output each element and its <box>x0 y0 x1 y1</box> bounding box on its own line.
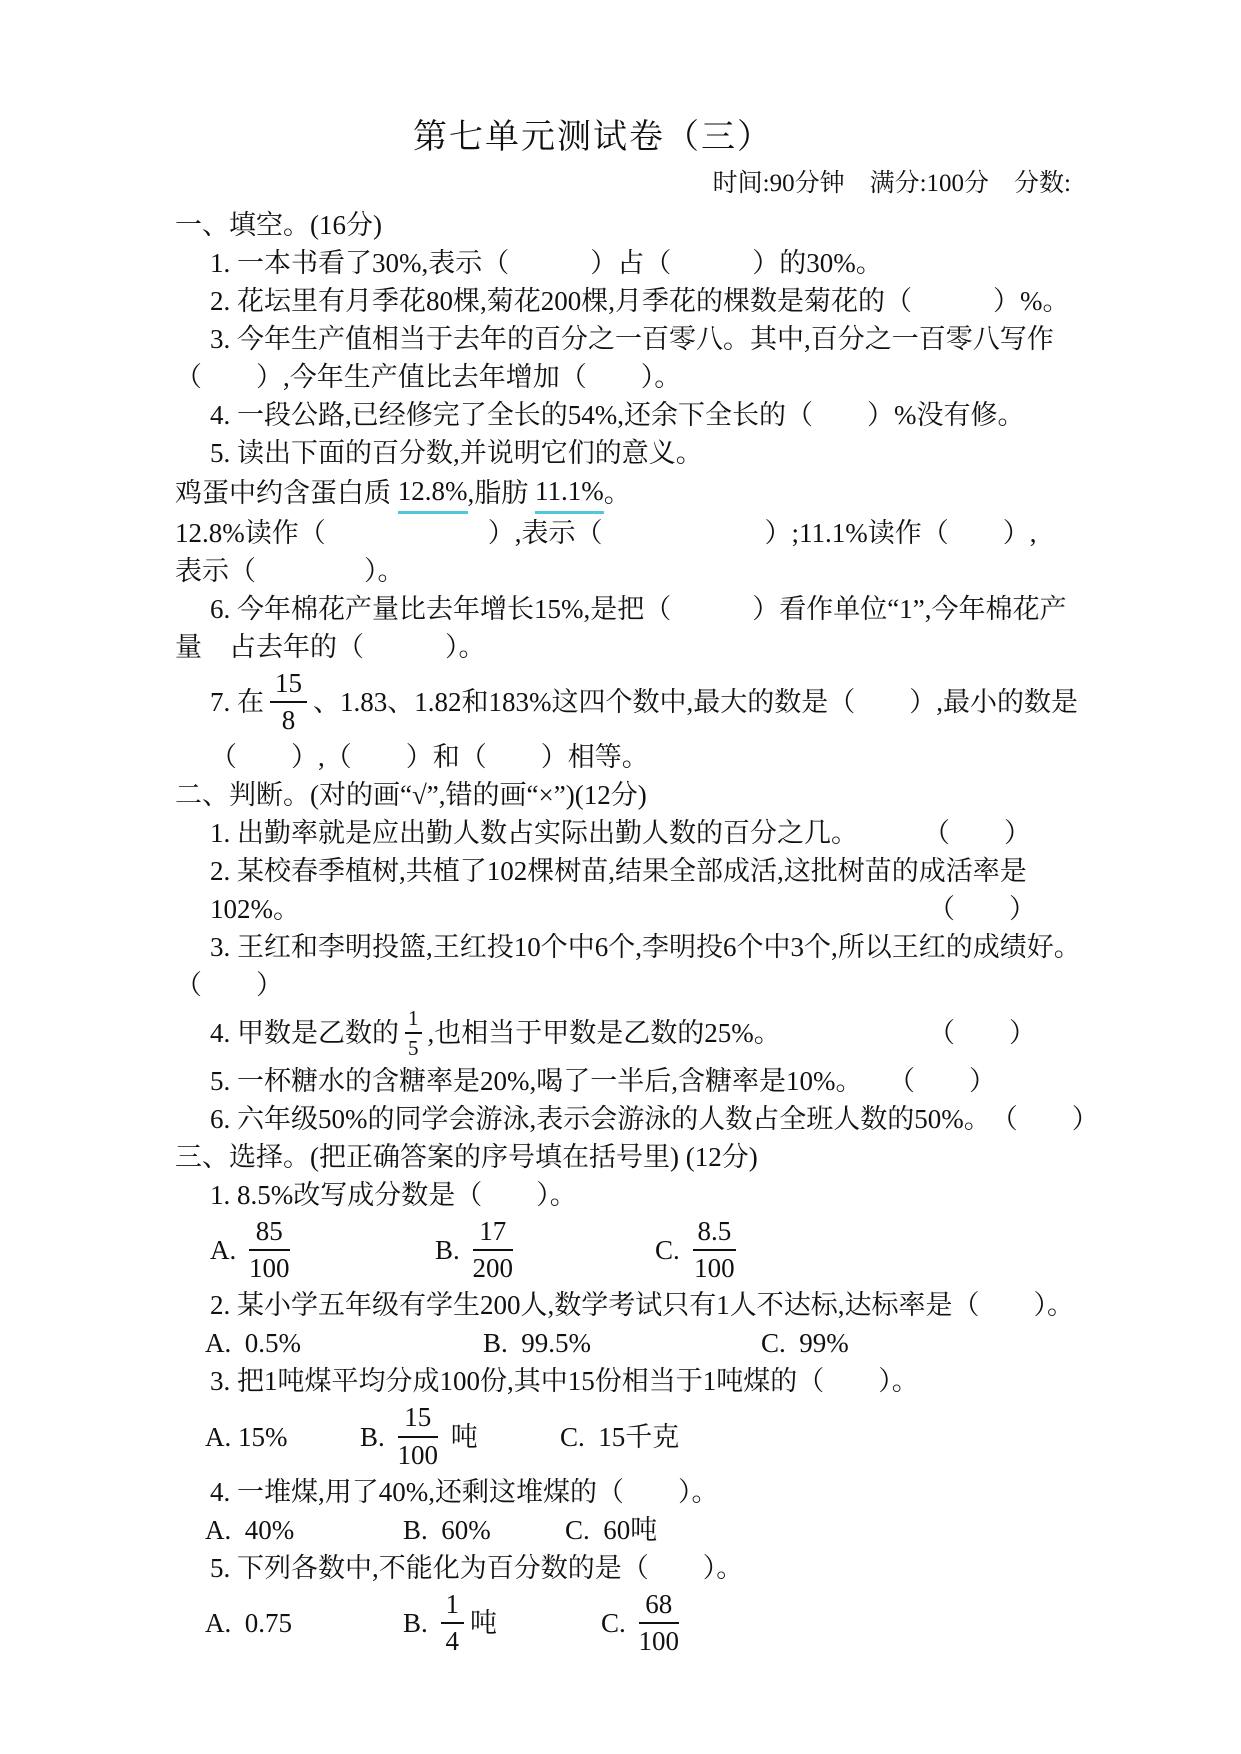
option-a: A. 15% <box>205 1418 360 1456</box>
question-text: 2. 某小学五年级有学生200人,数学考试只有1人不达标,达标率是（ ）。 <box>210 1286 1074 1324</box>
judge-q6: 6. 六年级50%的同学会游泳,表示会游泳的人数占全班人数的50%。（ ） <box>210 1100 1071 1138</box>
section-heading-text: 三、选择。(把正确答案的序号填在括号里) (12分) <box>175 1138 758 1176</box>
question-text: 2. 花坛里有月季花80棵,菊花200棵,月季花的棵数是菊花的（ ）%。 <box>210 282 1070 320</box>
choice-q1-options: A. 85100 B. 17200 C. 8.5100 <box>175 1214 1071 1286</box>
fill-q5-line2: 鸡蛋中约含蛋白质 12.8%,脂肪 11.1%。 <box>175 472 1071 514</box>
option-a: A. 0.75 <box>205 1604 403 1642</box>
question-text: 6. 六年级50%的同学会游泳,表示会游泳的人数占全班人数的50%。 <box>210 1100 991 1138</box>
question-text: ,也相当于甲数是乙数的25%。 <box>428 1014 781 1052</box>
option-a: A. 0.5% <box>205 1324 483 1362</box>
section-choice: 三、选择。(把正确答案的序号填在括号里) (12分) 1. 8.5%改写成分数是… <box>175 1138 1071 1658</box>
fraction-1-4: 14 <box>441 1589 465 1657</box>
choice-q3-options: A. 15% B. 15100 吨 C. 15千克 <box>175 1400 1071 1472</box>
option-c: C. 68100 <box>601 1587 685 1659</box>
answer-paren: （ ） <box>175 966 283 1004</box>
option-text: A. 40% <box>205 1511 294 1549</box>
exam-meta-line: 时间:90分钟 满分:100分 分数: <box>175 166 1071 202</box>
fraction-15-100: 15100 <box>398 1402 439 1470</box>
question-text: 3. 今年生产值相当于去年的百分之一百零八。其中,百分之一百零八写作 <box>210 320 1054 358</box>
question-text: 2. 某校春季植树,共植了102棵树苗,结果全部成活,这批树苗的成活率是 <box>210 852 1027 890</box>
judge-q1: 1. 出勤率就是应出勤人数占实际出勤人数的百分之几。（ ） <box>210 814 1071 852</box>
option-text: C. 60吨 <box>565 1511 657 1549</box>
choice-q4-options: A. 40% B. 60% C. 60吨 <box>175 1511 1071 1549</box>
option-c: C. 15千克 <box>560 1418 679 1456</box>
question-text: 6. 今年棉花产量比去年增长15%,是把（ ）看作单位“1”,今年棉花产 <box>210 590 1066 628</box>
question-text: 4. 一堆煤,用了40%,还剩这堆煤的（ ）。 <box>210 1473 719 1511</box>
fraction-15-8: 158 <box>270 668 307 736</box>
option-b: B. 15100 吨 <box>360 1400 560 1472</box>
answer-paren: （ ） <box>923 814 1031 852</box>
section-heading-text: 二、判断。(对的画“√”,错的画“×”)(12分) <box>175 776 647 814</box>
choice-q5: 5. 下列各数中,不能化为百分数的是（ ）。 <box>210 1549 1071 1587</box>
option-text: C. 15千克 <box>560 1418 679 1456</box>
question-text: 102%。 <box>210 890 300 928</box>
question-text: 1. 一本书看了30%,表示（ ）占（ ）的30%。 <box>210 244 883 282</box>
question-text: 表示（ ）。 <box>175 552 405 590</box>
fill-q1: 1. 一本书看了30%,表示（ ）占（ ）的30%。 <box>210 244 1071 282</box>
fraction-numerator: 85 <box>249 1216 290 1251</box>
fraction-denominator: 100 <box>398 1438 439 1471</box>
fraction-numerator: 15 <box>270 668 307 703</box>
judge-q4: 4. 甲数是乙数的15,也相当于甲数是乙数的25%。（ ） <box>210 1004 1071 1062</box>
option-b: B. 99.5% <box>483 1324 761 1362</box>
test-paper: 第七单元测试卷（三） 时间:90分钟 满分:100分 分数: 一、填空。(16分… <box>175 112 1071 1659</box>
judge-q5: 5. 一杯糖水的含糖率是20%,喝了一半后,含糖率是10%。（ ） <box>210 1062 1071 1100</box>
fill-q5-line1: 5. 读出下面的百分数,并说明它们的意义。 <box>210 434 1071 472</box>
option-label: A. <box>210 1231 243 1269</box>
section-heading-text: 一、填空。(16分) <box>175 206 382 244</box>
fill-q3-line2: （ ）,今年生产值比去年增加（ ）。 <box>175 358 1071 396</box>
fraction-1-5: 15 <box>405 1006 422 1060</box>
option-b: B. 60% <box>403 1511 565 1549</box>
section-fill-heading: 一、填空。(16分) <box>175 206 1071 244</box>
question-text: 、1.83、1.82和183%这四个数中,最大的数是（ ）,最小的数是 <box>313 683 1078 721</box>
question-text: 1. 8.5%改写成分数是（ ）。 <box>210 1176 577 1214</box>
question-text: 。 <box>604 474 631 512</box>
judge-q3-line2: （ ） <box>175 966 1071 1004</box>
fill-q7-line2: （ ）,（ ）和（ ）相等。 <box>210 738 1071 776</box>
option-suffix: 吨 <box>444 1418 478 1456</box>
fraction-denominator: 8 <box>270 703 307 736</box>
choice-q5-options: A. 0.75 B. 14吨 C. 68100 <box>175 1587 1071 1659</box>
answer-paren: （ ） <box>991 1100 1099 1138</box>
fraction-denominator: 5 <box>405 1034 422 1060</box>
option-b: B. 14吨 <box>403 1587 601 1659</box>
question-text: 12.8%读作（ ）,表示（ ）;11.1%读作（ ）, <box>175 514 1036 552</box>
option-c: C. 99% <box>761 1324 849 1362</box>
option-a: A. 85100 <box>210 1214 435 1286</box>
fraction-85-100: 85100 <box>249 1216 290 1284</box>
choice-q2-options: A. 0.5% B. 99.5% C. 99% <box>175 1324 1071 1362</box>
choice-q4: 4. 一堆煤,用了40%,还剩这堆煤的（ ）。 <box>210 1473 1071 1511</box>
fraction-denominator: 100 <box>249 1251 290 1284</box>
fraction-68-100: 68100 <box>639 1589 680 1657</box>
question-text: （ ）,今年生产值比去年增加（ ）。 <box>175 358 681 396</box>
fill-q6-line1: 6. 今年棉花产量比去年增长15%,是把（ ）看作单位“1”,今年棉花产 <box>210 590 1071 628</box>
option-label: C. <box>655 1231 687 1269</box>
section-fill: 一、填空。(16分) 1. 一本书看了30%,表示（ ）占（ ）的30%。 2.… <box>175 206 1071 776</box>
option-text: B. 99.5% <box>483 1324 591 1362</box>
answer-paren: （ ） <box>888 1062 996 1100</box>
judge-q2-line2: 102%。（ ） <box>210 890 1071 928</box>
answer-paren: （ ） <box>928 1014 1036 1052</box>
fraction-numerator: 68 <box>639 1589 680 1624</box>
judge-q2-line1: 2. 某校春季植树,共植了102棵树苗,结果全部成活,这批树苗的成活率是 <box>210 852 1071 890</box>
question-text: 5. 下列各数中,不能化为百分数的是（ ）。 <box>210 1549 743 1587</box>
fraction-numerator: 15 <box>398 1402 439 1437</box>
option-a: A. 40% <box>205 1511 403 1549</box>
choice-q3: 3. 把1吨煤平均分成100份,其中15份相当于1吨煤的（ ）。 <box>210 1362 1071 1400</box>
question-text: （ ）,（ ）和（ ）相等。 <box>210 738 649 776</box>
fraction-denominator: 100 <box>693 1251 737 1284</box>
fraction-denominator: 200 <box>473 1251 514 1284</box>
option-label: C. <box>601 1604 633 1642</box>
question-text: ,脂肪 <box>468 474 536 512</box>
option-text: A. 15% <box>205 1418 288 1456</box>
question-text: 5. 一杯糖水的含糖率是20%,喝了一半后,含糖率是10%。 <box>210 1062 862 1100</box>
section-choice-heading: 三、选择。(把正确答案的序号填在括号里) (12分) <box>175 1138 1071 1176</box>
answer-paren: （ ） <box>928 890 1036 928</box>
option-label: B. <box>360 1418 392 1456</box>
fraction-numerator: 1 <box>405 1006 422 1034</box>
option-text: A. 0.5% <box>205 1324 301 1362</box>
option-suffix: 吨 <box>470 1604 497 1642</box>
fraction-numerator: 1 <box>441 1589 465 1624</box>
question-text: 3. 王红和李明投篮,王红投10个中6个,李明投6个中3个,所以王红的成绩好。 <box>210 928 1081 966</box>
question-text: 5. 读出下面的百分数,并说明它们的意义。 <box>210 434 703 472</box>
page-title: 第七单元测试卷（三） <box>175 112 1011 164</box>
fraction-numerator: 8.5 <box>693 1216 737 1251</box>
option-c: C. 8.5100 <box>655 1214 742 1286</box>
option-label: B. <box>403 1604 435 1642</box>
fraction-8-5-100: 8.5100 <box>693 1216 737 1284</box>
fraction-denominator: 100 <box>639 1624 680 1657</box>
fraction-17-200: 17200 <box>473 1216 514 1284</box>
section-judge: 二、判断。(对的画“√”,错的画“×”)(12分) 1. 出勤率就是应出勤人数占… <box>175 776 1071 1138</box>
fraction-denominator: 4 <box>441 1624 465 1657</box>
question-text: 4. 一段公路,已经修完了全长的54%,还余下全长的（ ）%没有修。 <box>210 396 1024 434</box>
underlined-percent-1: 12.8% <box>398 472 468 514</box>
choice-q2: 2. 某小学五年级有学生200人,数学考试只有1人不达标,达标率是（ ）。 <box>210 1286 1071 1324</box>
fill-q6-line2: 量 占去年的（ ）。 <box>175 628 1071 666</box>
option-b: B. 17200 <box>435 1214 655 1286</box>
fill-q4: 4. 一段公路,已经修完了全长的54%,还余下全长的（ ）%没有修。 <box>210 396 1071 434</box>
fraction-numerator: 17 <box>473 1216 514 1251</box>
option-c: C. 60吨 <box>565 1511 657 1549</box>
option-text: A. 0.75 <box>205 1604 292 1642</box>
choice-q1: 1. 8.5%改写成分数是（ ）。 <box>210 1176 1071 1214</box>
fill-q7-line1: 7. 在158、1.83、1.82和183%这四个数中,最大的数是（ ）,最小的… <box>210 666 1071 738</box>
question-text: 7. 在 <box>210 683 264 721</box>
option-text: C. 99% <box>761 1324 849 1362</box>
option-label: B. <box>435 1231 467 1269</box>
judge-q3-line1: 3. 王红和李明投篮,王红投10个中6个,李明投6个中3个,所以王红的成绩好。 <box>210 928 1071 966</box>
option-text: B. 60% <box>403 1511 491 1549</box>
question-text: 1. 出勤率就是应出勤人数占实际出勤人数的百分之几。 <box>210 814 858 852</box>
question-text: 量 占去年的（ ）。 <box>175 628 486 666</box>
underlined-percent-2: 11.1% <box>535 472 604 514</box>
section-judge-heading: 二、判断。(对的画“√”,错的画“×”)(12分) <box>175 776 1071 814</box>
question-text: 4. 甲数是乙数的 <box>210 1014 399 1052</box>
fill-q2: 2. 花坛里有月季花80棵,菊花200棵,月季花的棵数是菊花的（ ）%。 <box>210 282 1071 320</box>
fill-q5-line3: 12.8%读作（ ）,表示（ ）;11.1%读作（ ）, <box>175 514 1071 552</box>
fill-q5-line4: 表示（ ）。 <box>175 552 1071 590</box>
fill-q3-line1: 3. 今年生产值相当于去年的百分之一百零八。其中,百分之一百零八写作 <box>210 320 1071 358</box>
question-text: 鸡蛋中约含蛋白质 <box>175 474 398 512</box>
question-text: 3. 把1吨煤平均分成100份,其中15份相当于1吨煤的（ ）。 <box>210 1362 919 1400</box>
